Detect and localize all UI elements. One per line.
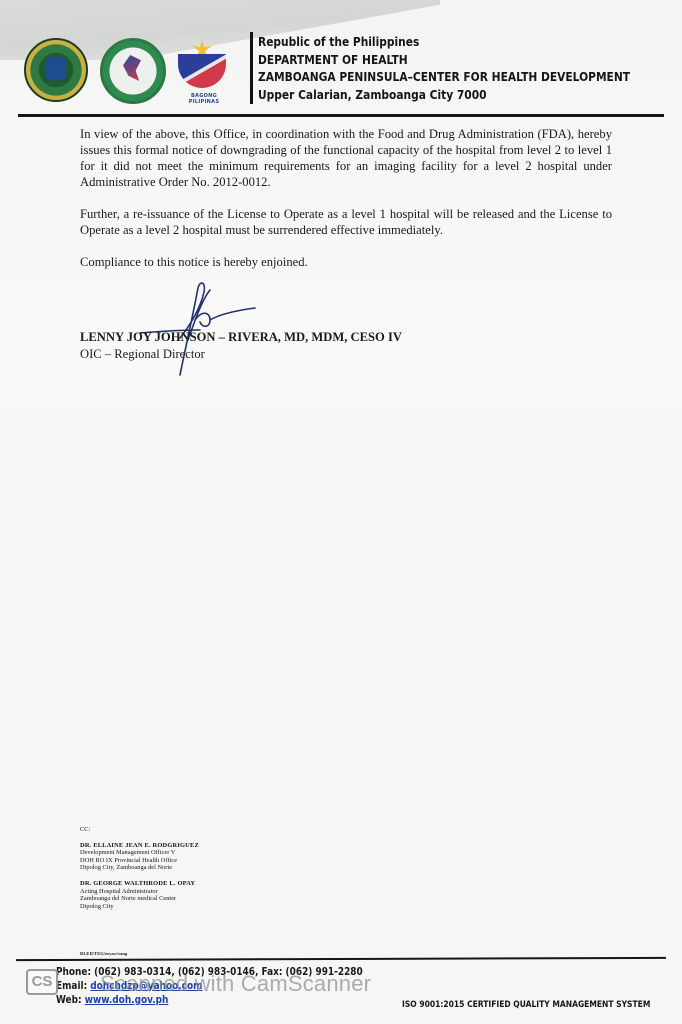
bagong-pilipinas-caption: BAGONG PILIPINAS [176,93,232,105]
signatory-name: LENNY JOY JOHNSON – RIVERA, MD, MDM, CES… [80,330,402,345]
cc-label: CC: [80,826,199,834]
chd-seal-icon [100,38,166,104]
paragraph: In view of the above, this Office, in co… [80,126,612,190]
reference-code: RLED/TEG/eeyaw/sang [80,951,127,956]
letterhead: Republic of the Philippines DEPARTMENT O… [258,33,630,103]
cc-list: CC: DR. ELLAINE JEAN E. RODGRIGUEZ Devel… [80,826,199,918]
paragraph: Further, a re-issuance of the License to… [80,206,612,238]
header-logos: BAGONG PILIPINAS [24,38,234,100]
cc-recipient: DR. ELLAINE JEAN E. RODGRIGUEZ Developme… [80,842,199,872]
footer-rule [16,957,666,961]
letterhead-office: ZAMBOANGA PENINSULA–CENTER FOR HEALTH DE… [258,68,630,86]
cc-recipient: DR. GEORGE WALTHRODE L. OPAY Acting Hosp… [80,880,199,910]
bagong-pilipinas-icon: BAGONG PILIPINAS [176,40,228,92]
header-divider [250,32,253,104]
letterhead-department: DEPARTMENT OF HEALTH [258,51,630,69]
camscanner-watermark: Scanned with CamScanner [100,971,371,997]
camscanner-logo-icon: CS [26,969,58,995]
signatory-title: OIC – Regional Director [80,347,205,362]
paragraph: Compliance to this notice is hereby enjo… [80,254,612,270]
letter-body: In view of the above, this Office, in co… [80,126,612,286]
header-rule [18,114,664,117]
doh-seal-icon [24,38,88,102]
document-page: BAGONG PILIPINAS Republic of the Philipp… [0,0,682,1024]
letterhead-republic: Republic of the Philippines [258,33,630,51]
iso-certification: ISO 9001:2015 CERTIFIED QUALITY MANAGEME… [402,1000,650,1010]
letterhead-address: Upper Calarian, Zamboanga City 7000 [258,86,630,104]
signature-block: LENNY JOY JOHNSON – RIVERA, MD, MDM, CES… [80,280,480,390]
